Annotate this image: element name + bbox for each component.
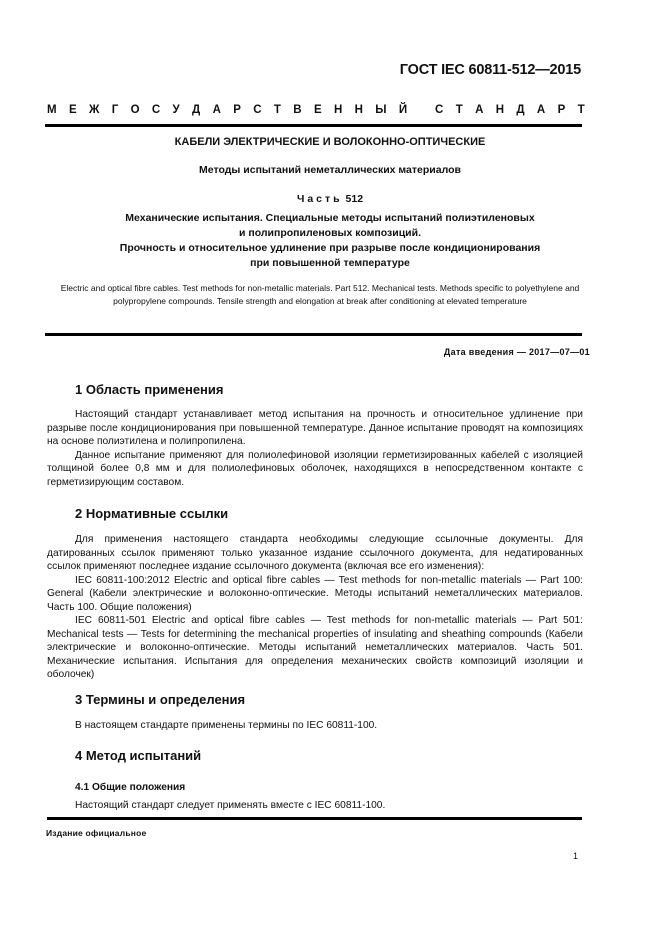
banner-letter: Т bbox=[578, 104, 585, 116]
banner-letter: Н bbox=[334, 104, 342, 116]
banner-letter: Г bbox=[112, 104, 119, 116]
banner-letter: Р bbox=[558, 104, 566, 116]
part-word: Часть bbox=[297, 193, 343, 205]
banner-letter: Н bbox=[496, 104, 504, 116]
title-divider bbox=[45, 333, 582, 336]
introduction-date: Дата введения — 2017—07—01 bbox=[444, 347, 590, 357]
banner-letter: Р bbox=[233, 104, 241, 116]
banner-letter: У bbox=[173, 104, 180, 116]
banner-letter: Ж bbox=[89, 104, 99, 116]
banner-letter: Е bbox=[69, 104, 77, 116]
banner-letter: В bbox=[293, 104, 301, 116]
banner-letter: Д bbox=[516, 104, 524, 116]
section-4-body: Настоящий стандарт следует применять вме… bbox=[75, 799, 583, 813]
title-desc-line: Прочность и относительное удлинение при … bbox=[45, 241, 615, 256]
section-3-body: В настоящем стандарте применены термины … bbox=[75, 719, 583, 733]
title-desc-line: Механические испытания. Специальные мето… bbox=[45, 211, 615, 226]
banner-letter: С bbox=[152, 104, 160, 116]
paragraph: Настоящий стандарт устанавливает метод и… bbox=[47, 408, 583, 449]
footer-divider bbox=[47, 817, 582, 820]
banner-letter: Т bbox=[274, 104, 281, 116]
banner-letter: С bbox=[435, 104, 443, 116]
paragraph: Настоящий стандарт следует применять вме… bbox=[75, 799, 583, 813]
banner-letter: Н bbox=[355, 104, 363, 116]
section-2-heading: 2 Нормативные ссылки bbox=[75, 506, 228, 521]
banner-letter: С bbox=[253, 104, 261, 116]
banner-letter bbox=[419, 104, 422, 116]
page-number: 1 bbox=[573, 851, 578, 861]
banner-letter: Е bbox=[314, 104, 322, 116]
official-edition-label: Издание официальное bbox=[46, 828, 146, 838]
section-2-body: Для применения настоящего стандарта необ… bbox=[47, 533, 583, 682]
part-label: Часть 512 bbox=[45, 193, 615, 205]
banner-letter: А bbox=[475, 104, 483, 116]
banner-letter: А bbox=[213, 104, 221, 116]
section-3-heading: 3 Термины и определения bbox=[75, 692, 245, 707]
banner-letter: М bbox=[47, 104, 57, 116]
subsection-4-1-heading: 4.1 Общие положения bbox=[75, 782, 185, 793]
title-desc-line: и полипропиленовых композиций. bbox=[45, 226, 615, 241]
banner-letter: Ы bbox=[375, 104, 386, 116]
title-desc-line: при повышенной температуре bbox=[45, 256, 615, 271]
paragraph: В настоящем стандарте применены термины … bbox=[75, 719, 583, 733]
header-divider bbox=[45, 124, 582, 127]
banner-letter: Й bbox=[399, 104, 407, 116]
title-subtitle: Методы испытаний неметаллических материа… bbox=[45, 164, 615, 176]
reference-item: IEC 60811-501 Electric and optical fibre… bbox=[47, 614, 583, 682]
title-description: Механические испытания. Специальные мето… bbox=[45, 211, 615, 271]
paragraph: Данное испытание применяют для полиолефи… bbox=[47, 449, 583, 490]
section-4-heading: 4 Метод испытаний bbox=[75, 748, 201, 763]
paragraph: Для применения настоящего стандарта необ… bbox=[47, 533, 583, 574]
section-1-heading: 1 Область применения bbox=[75, 382, 224, 397]
part-number: 512 bbox=[346, 193, 364, 205]
reference-item: IEC 60811-100:2012 Electric and optical … bbox=[47, 574, 583, 615]
banner-letter: Д bbox=[192, 104, 200, 116]
banner-letter: Т bbox=[456, 104, 463, 116]
title-english: Electric and optical fibre cables. Test … bbox=[48, 282, 592, 308]
banner-letter: О bbox=[131, 104, 140, 116]
title-main: КАБЕЛИ ЭЛЕКТРИЧЕСКИЕ И ВОЛОКОННО-ОПТИЧЕС… bbox=[45, 136, 615, 148]
document-number: ГОСТ IEC 60811-512—2015 bbox=[400, 62, 581, 78]
banner-letter: А bbox=[537, 104, 545, 116]
section-1-body: Настоящий стандарт устанавливает метод и… bbox=[47, 408, 583, 489]
interstate-standard-label: МЕЖГОСУДАРСТВЕННЫЙ СТАНДАРТ bbox=[47, 104, 585, 116]
